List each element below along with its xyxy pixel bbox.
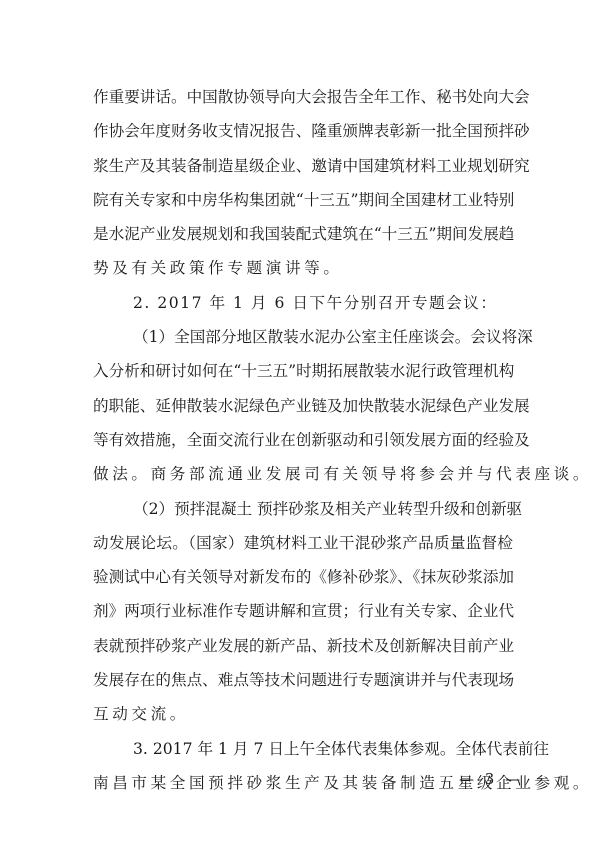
paragraph-item-2-1: （1）全国部分地区散装水泥办公室主任座谈会。会议将深 入分析和研讨如何在“十三五… (93, 320, 513, 491)
text-line: 作协会年度财务收支情况报告、隆重颁牌表彰新一批全国预拌砂 (93, 114, 513, 148)
paragraph-item-2-2: （2）预拌混凝土 预拌砂浆及相关产业转型升级和创新驱 动发展论坛。（国家）建筑材… (93, 492, 513, 732)
text-line: 互动交流。 (93, 697, 513, 731)
text-line: 南昌市某全国预拌砂浆生产及其装备制造五星级企业参观。 (93, 766, 513, 800)
text-line: 剂》两项行业标准作专题讲解和宣贯；行业有关专家、企业代 (93, 594, 513, 628)
text-line: 等有效措施，全面交流行业在创新驱动和引领发展方面的经验及 (93, 423, 513, 457)
text-line: 作重要讲话。中国散协领导向大会报告全年工作、秘书处向大会 (93, 80, 513, 114)
paragraph-agenda-continuation: 作重要讲话。中国散协领导向大会报告全年工作、秘书处向大会 作协会年度财务收支情况… (93, 80, 513, 286)
document-page: 作重要讲话。中国散协领导向大会报告全年工作、秘书处向大会 作协会年度财务收支情况… (93, 80, 513, 800)
text-line: 浆生产及其装备制造星级企业、邀请中国建筑材料工业规划研究 (93, 149, 513, 183)
text-line: 表就预拌砂浆产业发展的新产品、新技术及创新解决目前产业 (93, 629, 513, 663)
text-line: 做法。商务部流通业发展司有关领导将参会并与代表座谈。 (93, 457, 513, 491)
text-line: 是水泥产业发展规划和我国装配式建筑在“十三五”期间发展趋 (93, 217, 513, 251)
text-line: 2. 2017 年 1 月 6 日下午分别召开专题会议： (93, 286, 513, 320)
text-line: 验测试中心有关领导对新发布的《修补砂浆》、《抹灰砂浆添加 (93, 560, 513, 594)
text-line: 势及有关政策作专题演讲等。 (93, 251, 513, 285)
text-line: 动发展论坛。（国家）建筑材料工业干混砂浆产品质量监督检 (93, 526, 513, 560)
text-line: 的职能、延伸散装水泥绿色产业链及加快散装水泥绿色产业发展 (93, 389, 513, 423)
paragraph-item-2: 2. 2017 年 1 月 6 日下午分别召开专题会议： (93, 286, 513, 320)
paragraph-item-3: 3. 2017 年 1 月 7 日上午全体代表集体参观。全体代表前往 南昌市某全… (93, 732, 513, 801)
text-line: 发展存在的焦点、难点等技术问题进行专题演讲并与代表现场 (93, 663, 513, 697)
text-line: （2）预拌混凝土 预拌砂浆及相关产业转型升级和创新驱 (93, 492, 513, 526)
text-line: 院有关专家和中房华构集团就“十三五”期间全国建材工业特别 (93, 183, 513, 217)
text-line: 3. 2017 年 1 月 7 日上午全体代表集体参观。全体代表前往 (93, 732, 513, 766)
text-line: （1）全国部分地区散装水泥办公室主任座谈会。会议将深 (93, 320, 513, 354)
text-line: 入分析和研讨如何在“十三五”时期拓展散装水泥行政管理机构 (93, 354, 513, 388)
page-number: — 3 — (459, 770, 523, 788)
